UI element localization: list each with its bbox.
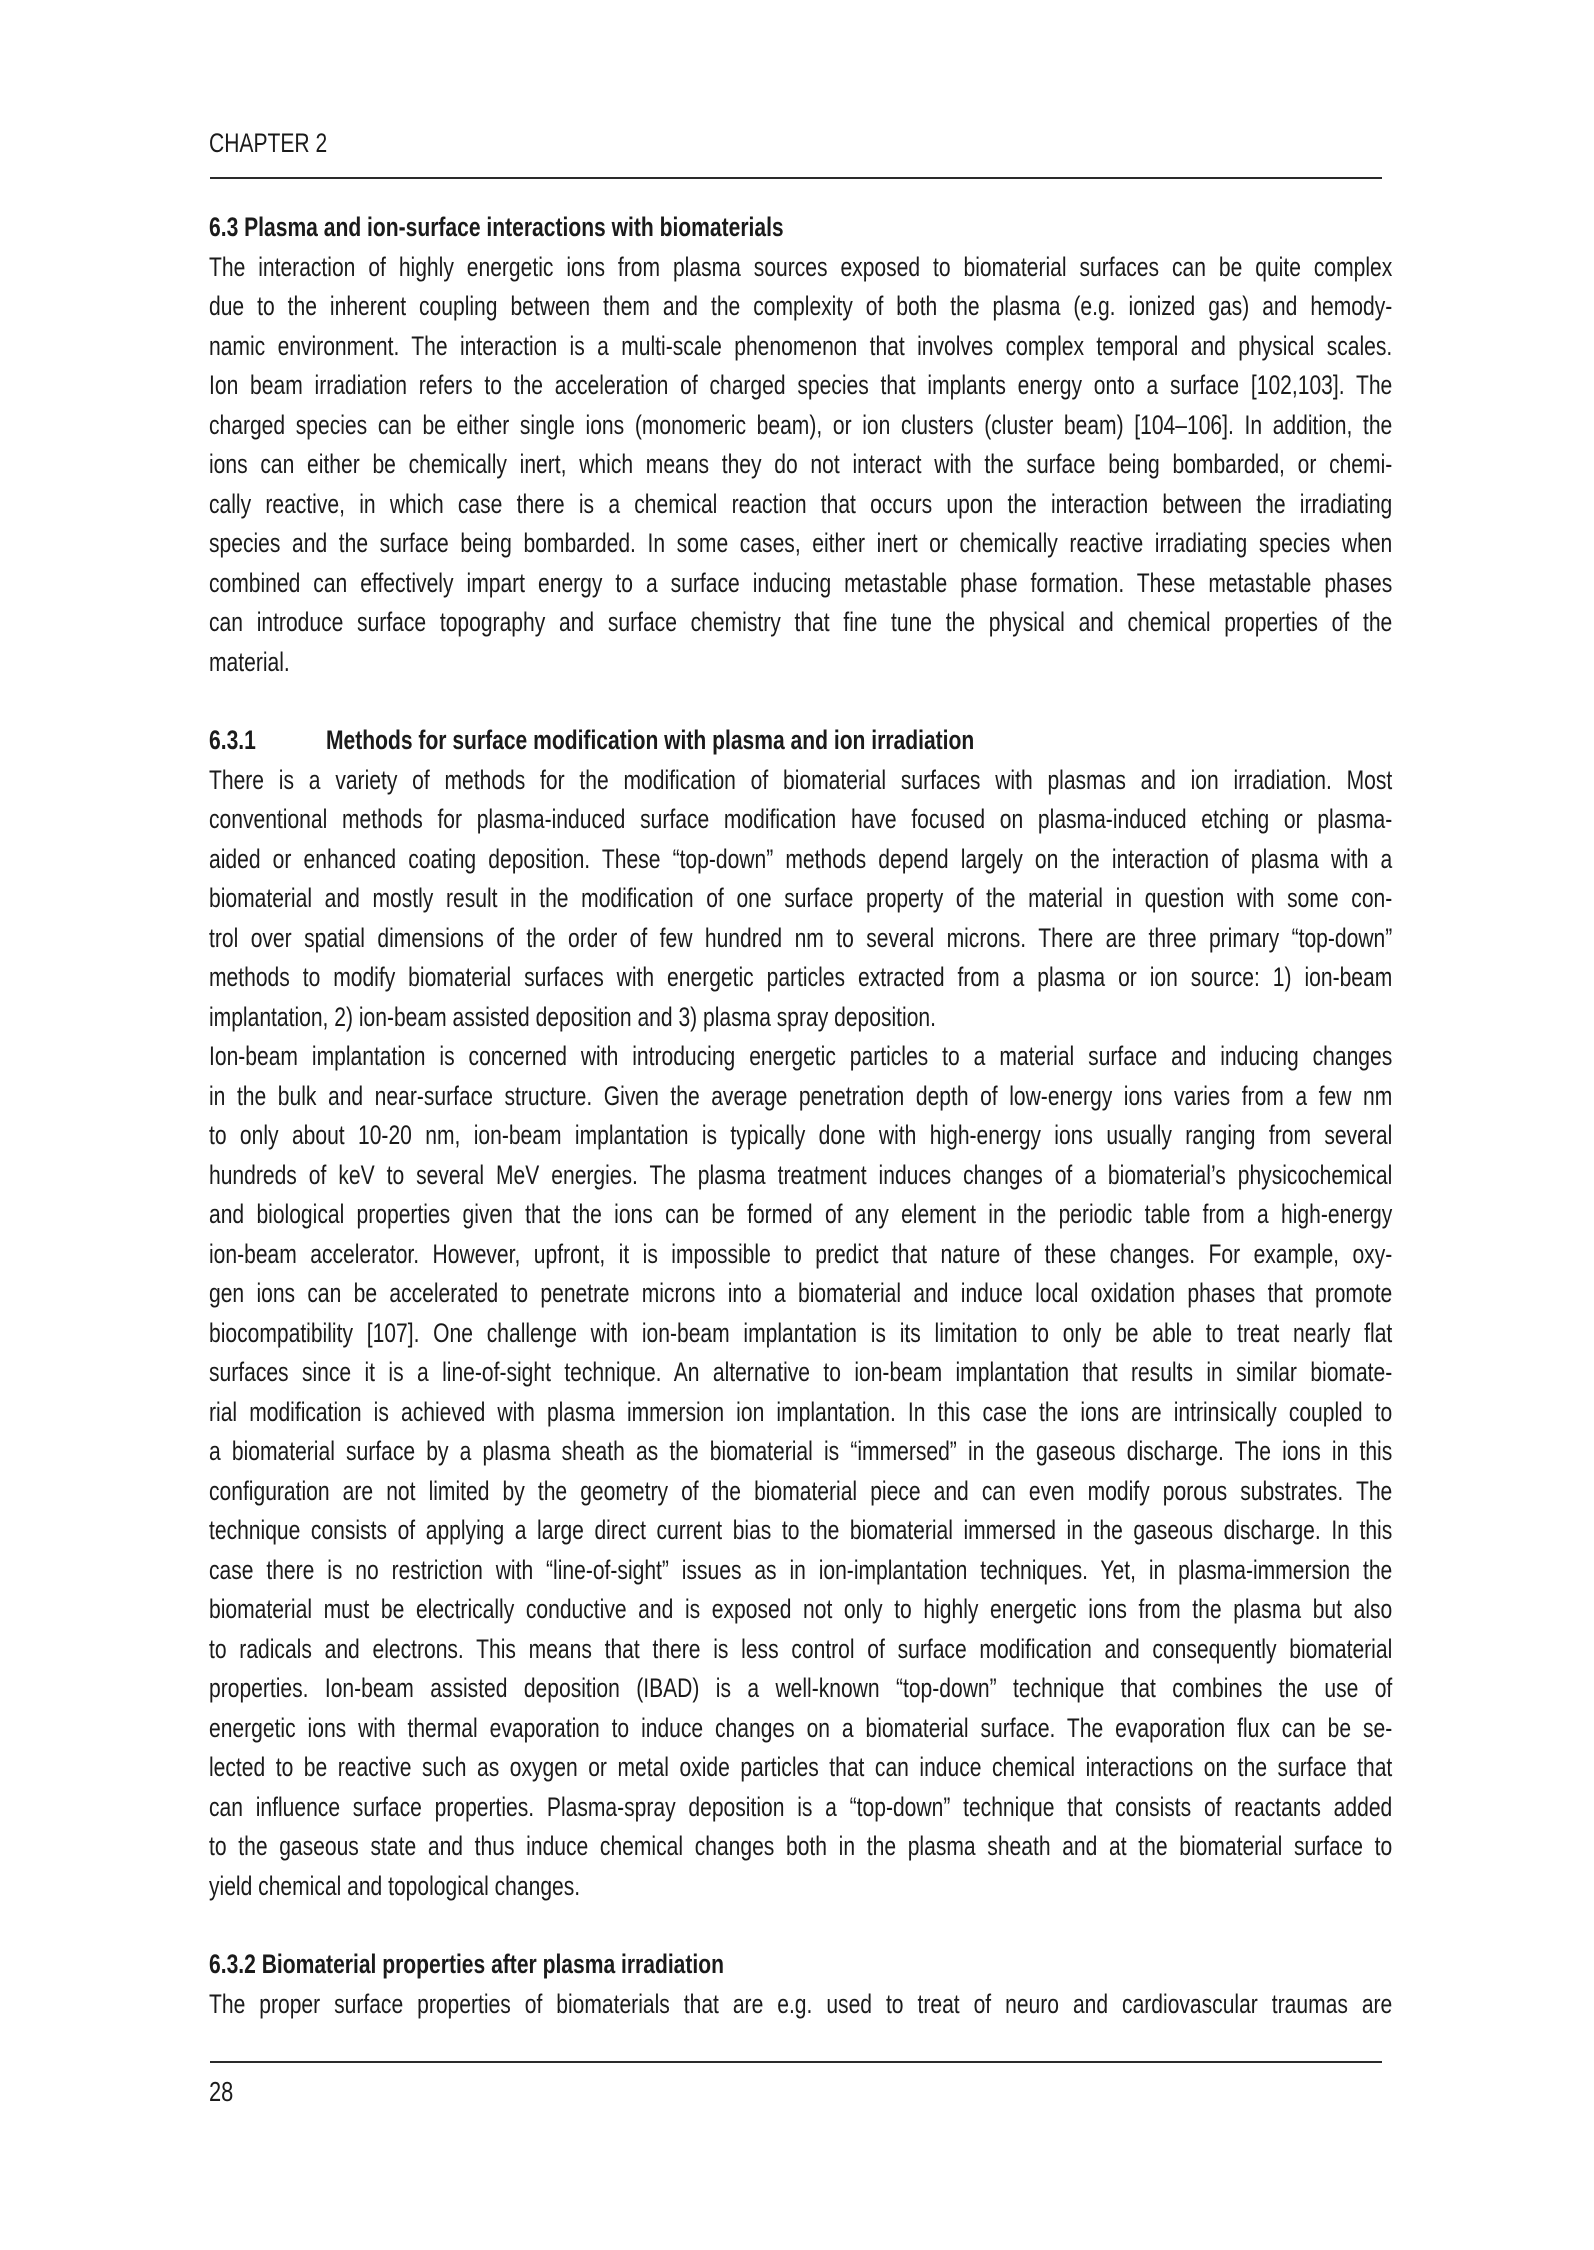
text-line: to only about 10-20 nm, ion-beam implant…	[209, 1117, 1392, 1153]
text-line: gen ions can be accelerated to penetrate…	[209, 1275, 1392, 1311]
text-line: material.	[209, 644, 1392, 680]
text-line: can influence surface properties. Plasma…	[209, 1789, 1392, 1825]
text-line: hundreds of keV to several MeV energies.…	[209, 1157, 1392, 1193]
text-line: to the gaseous state and thus induce che…	[209, 1828, 1392, 1864]
text-line: namic environment. The interaction is a …	[209, 328, 1392, 364]
text-line: technique consists of applying a large d…	[209, 1512, 1392, 1548]
text-line: case there is no restriction with “line-…	[209, 1552, 1392, 1588]
running-head: CHAPTER 2	[209, 128, 327, 159]
section-number: 6.3.1	[209, 722, 326, 758]
text-line: conventional methods for plasma-induced …	[209, 801, 1392, 837]
section-heading-6-3-2: 6.3.2 Biomaterial properties after plasm…	[209, 1946, 1392, 1982]
section-heading-6-3-1: 6.3.1Methods for surface modification wi…	[209, 722, 1392, 758]
text-line: biomaterial must be electrically conduct…	[209, 1591, 1392, 1627]
section-heading-6-3: 6.3 Plasma and ion-surface interactions …	[209, 209, 1392, 245]
document-page: CHAPTER 2 6.3 Plasma and ion-surface int…	[0, 0, 1594, 2250]
text-line: a biomaterial surface by a plasma sheath…	[209, 1433, 1392, 1469]
header-rule	[210, 177, 1382, 179]
text-line: implantation, 2) ion-beam assisted depos…	[209, 999, 1392, 1035]
text-line: due to the inherent coupling between the…	[209, 288, 1392, 324]
text-line: Ion beam irradiation refers to the accel…	[209, 367, 1392, 403]
text-line: yield chemical and topological changes.	[209, 1868, 1392, 1904]
text-line: configuration are not limited by the geo…	[209, 1473, 1392, 1509]
text-line: ion-beam accelerator. However, upfront, …	[209, 1236, 1392, 1272]
text-line: lected to be reactive such as oxygen or …	[209, 1749, 1392, 1785]
text-line: surfaces since it is a line-of-sight tec…	[209, 1354, 1392, 1390]
text-line: in the bulk and near-surface structure. …	[209, 1078, 1392, 1114]
text-line: methods to modify biomaterial surfaces w…	[209, 959, 1392, 995]
text-line: There is a variety of methods for the mo…	[209, 762, 1392, 798]
text-line: energetic ions with thermal evaporation …	[209, 1710, 1392, 1746]
text-line: combined can effectively impart energy t…	[209, 565, 1392, 601]
text-line: ions can either be chemically inert, whi…	[209, 446, 1392, 482]
text-line: biocompatibility [107]. One challenge wi…	[209, 1315, 1392, 1351]
section-title: Methods for surface modification with pl…	[326, 725, 974, 755]
page-number: 28	[209, 2076, 233, 2108]
text-line: and biological properties given that the…	[209, 1196, 1392, 1232]
text-line: Ion-beam implantation is concerned with …	[209, 1038, 1392, 1074]
text-line: The proper surface properties of biomate…	[209, 1986, 1392, 2022]
text-line: to radicals and electrons. This means th…	[209, 1631, 1392, 1667]
text-line: biomaterial and mostly result in the mod…	[209, 880, 1392, 916]
text-line: can introduce surface topography and sur…	[209, 604, 1392, 640]
text-line: rial modification is achieved with plasm…	[209, 1394, 1392, 1430]
text-line: species and the surface being bombarded.…	[209, 525, 1392, 561]
text-line: aided or enhanced coating deposition. Th…	[209, 841, 1392, 877]
text-line: properties. Ion-beam assisted deposition…	[209, 1670, 1392, 1706]
text-line: charged species can be either single ion…	[209, 407, 1392, 443]
footer-rule	[210, 2061, 1382, 2063]
text-line: The interaction of highly energetic ions…	[209, 249, 1392, 285]
text-line: cally reactive, in which case there is a…	[209, 486, 1392, 522]
text-line: trol over spatial dimensions of the orde…	[209, 920, 1392, 956]
